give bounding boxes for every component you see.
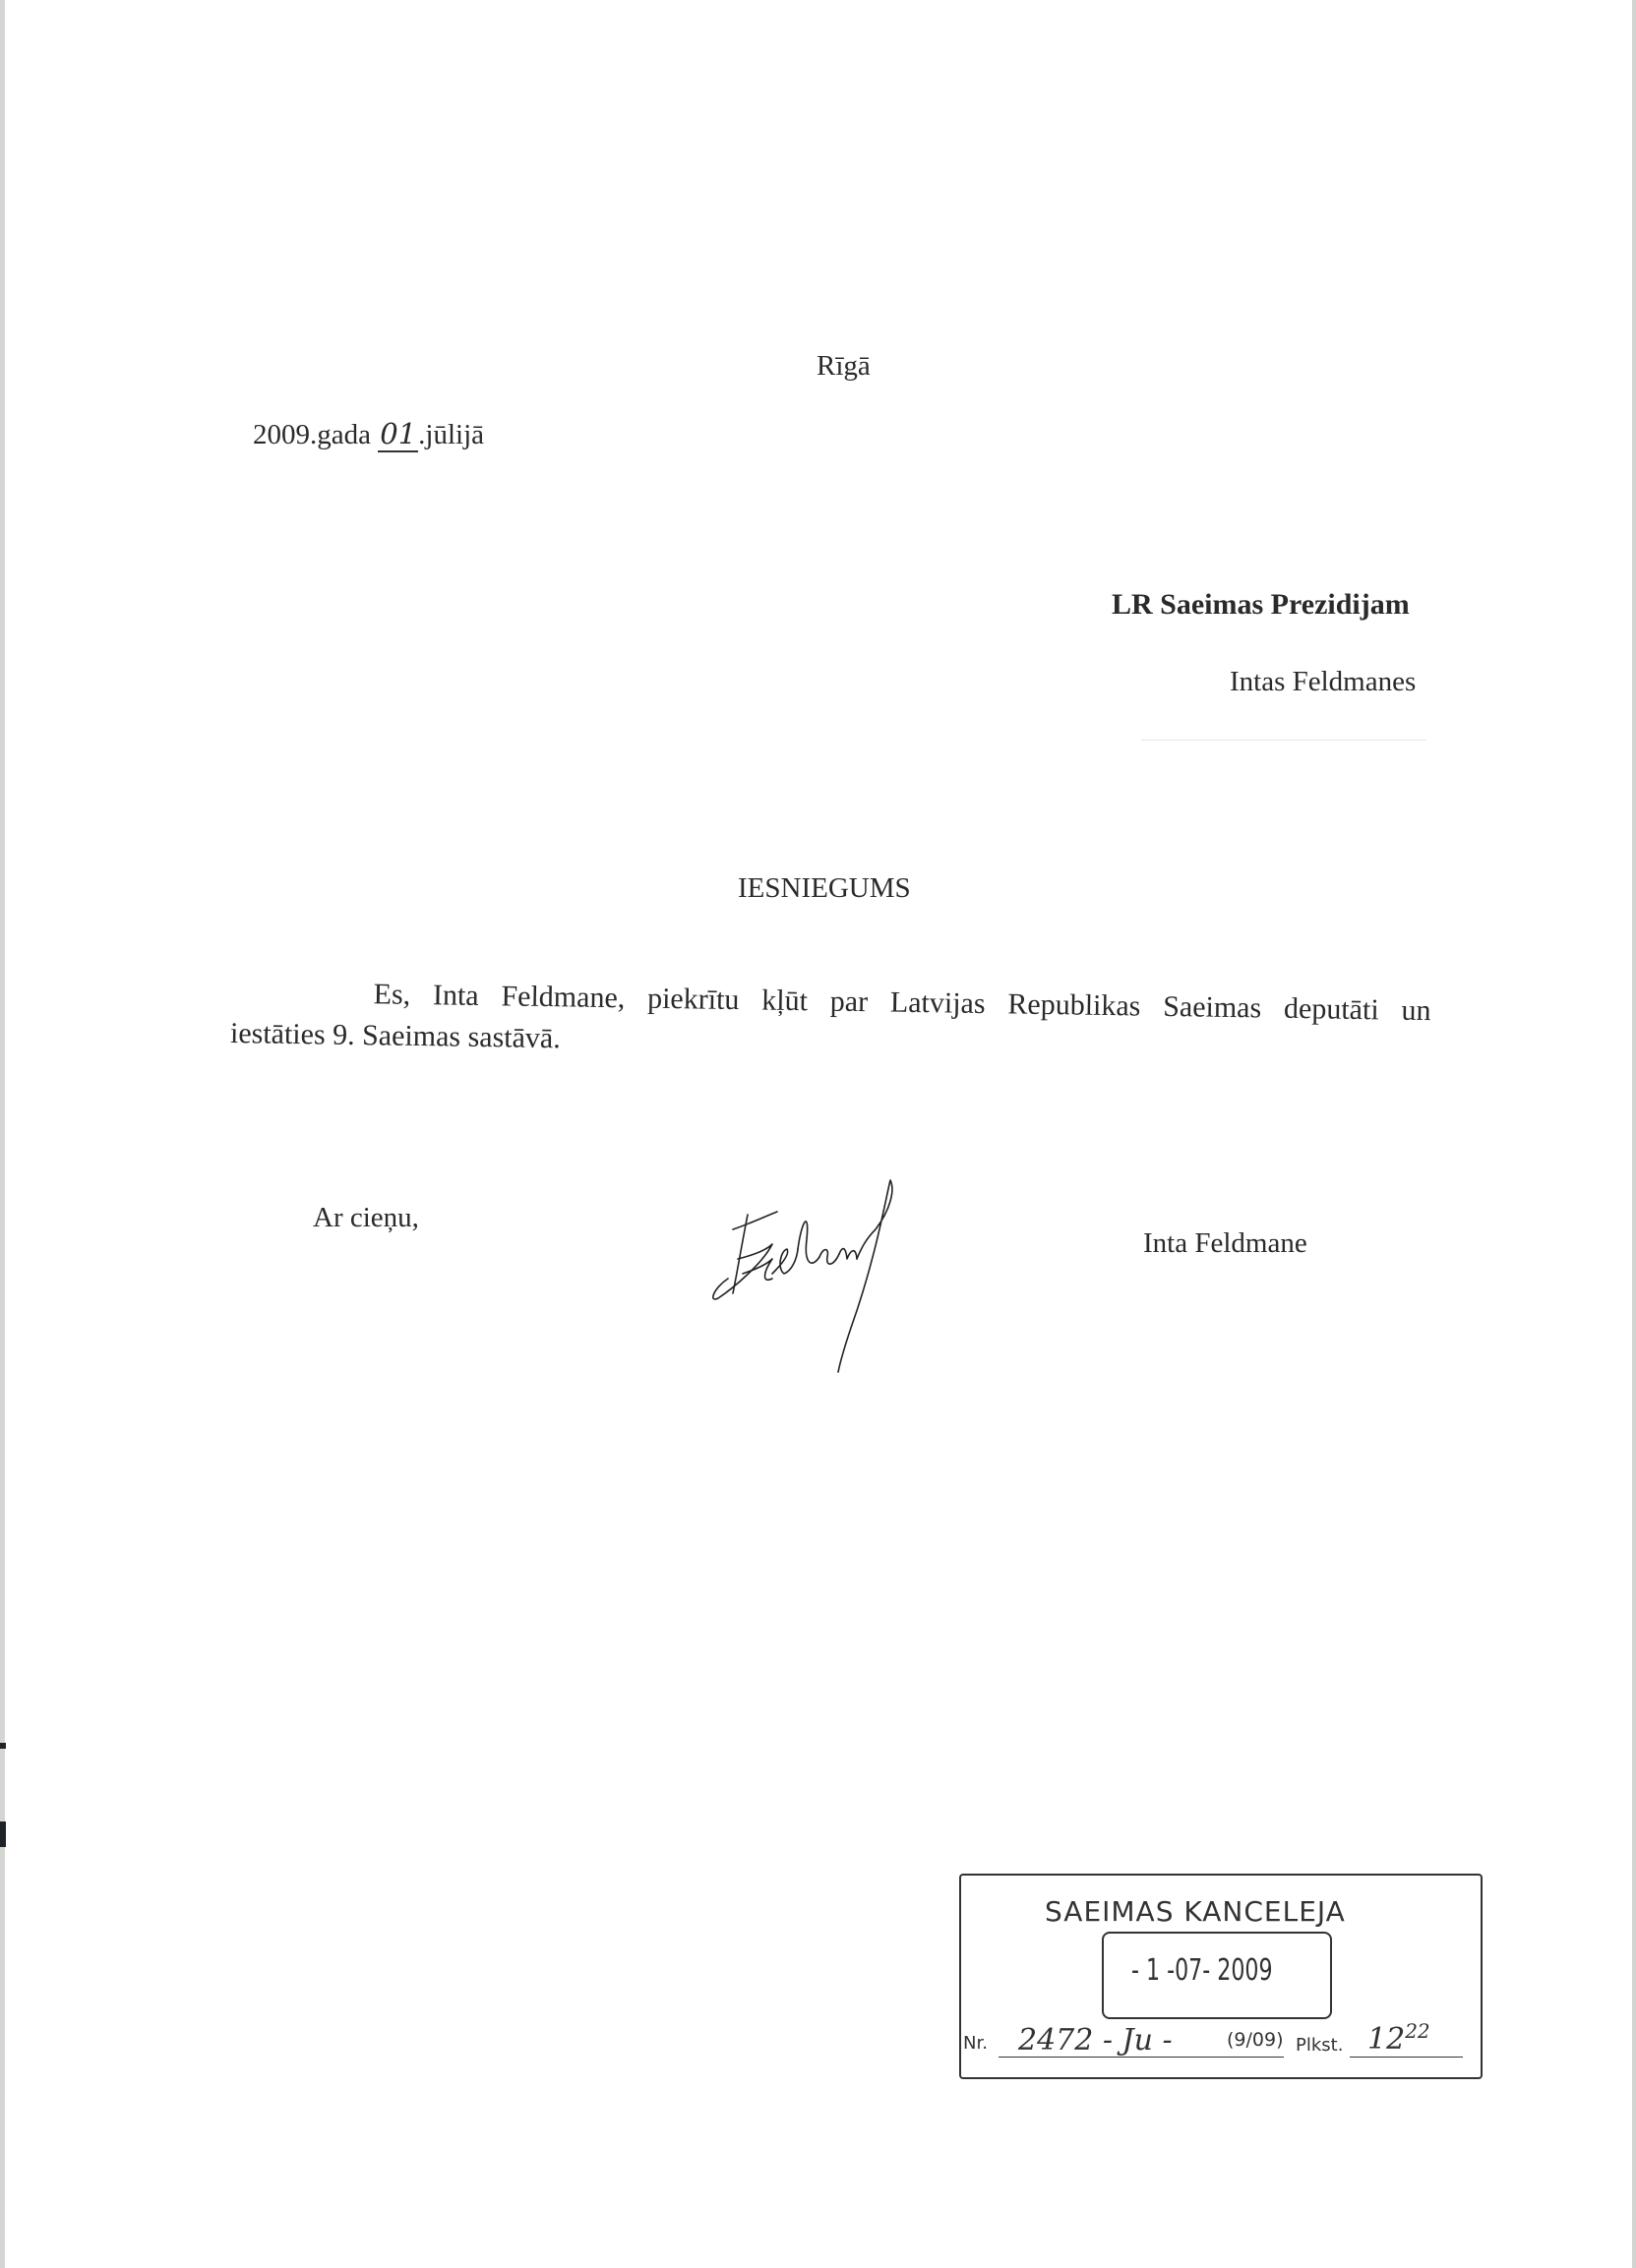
registration-stamp: SAEIMAS KANCELEJA - 1 -07- 2009 Nr. 2472…: [959, 1874, 1483, 2079]
document-date: 2009.gada 01.jūlijā: [253, 417, 484, 451]
sender: Intas Feldmanes: [1230, 666, 1416, 698]
body-line-2: iestāties 9. Saeimas sastāvā.: [230, 1017, 561, 1054]
scan-edge-mark: [0, 1821, 6, 1847]
document-title: IESNIEGUMS: [738, 872, 911, 905]
stamp-date: - 1 -07- 2009: [1131, 1953, 1273, 1988]
document-body: Es, Inta Feldmane, piekrītu kļūt par Lat…: [230, 972, 1431, 1073]
stamp-time-label: Plkst.: [1296, 2035, 1343, 2056]
stamp-title: SAEIMAS KANCELEJA: [1045, 1895, 1346, 1928]
date-day-handwritten: 01: [378, 417, 418, 452]
sender-address-line: [1141, 740, 1426, 741]
scan-edge-mark: [0, 1743, 6, 1749]
scan-edge-left: [0, 0, 5, 2268]
closing: Ar cieņu,: [313, 1202, 419, 1234]
stamp-time-value: 1222: [1350, 2019, 1463, 2058]
scan-edge-right: [1632, 0, 1636, 2268]
stamp-nr-label: Nr.: [963, 2033, 988, 2054]
handwritten-signature: [703, 1170, 989, 1377]
date-prefix: 2009.gada: [253, 419, 378, 450]
signed-name: Inta Feldmane: [1143, 1227, 1307, 1260]
date-suffix: .jūlijā: [418, 419, 484, 450]
recipient: LR Saeimas Prezidijam: [1112, 588, 1410, 622]
document-place: Rīgā: [817, 350, 871, 383]
stamp-register: (9/09): [1227, 2029, 1284, 2051]
stamp-date-box: - 1 -07- 2009: [1102, 1932, 1332, 2019]
